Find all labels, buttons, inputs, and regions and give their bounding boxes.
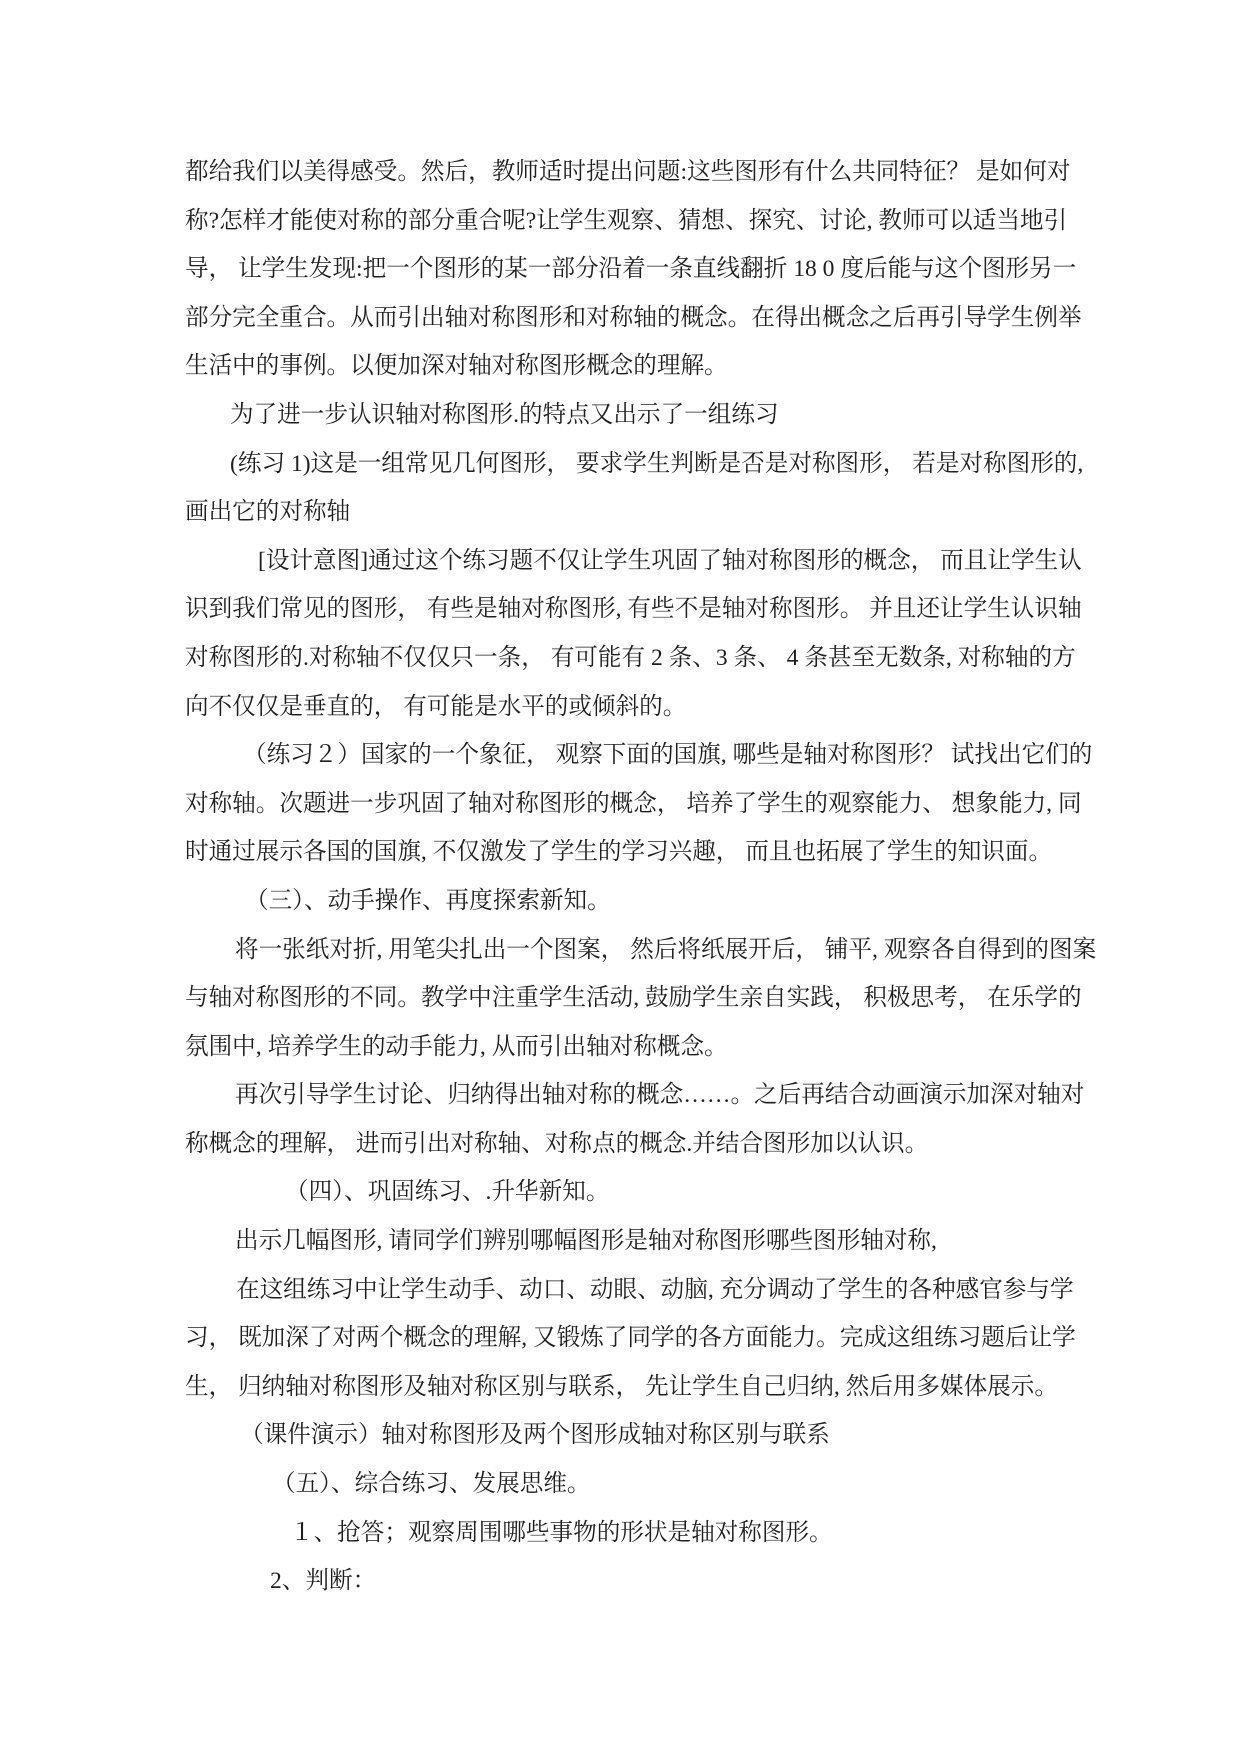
text-line: （四）、巩固练习、.升华新知。 [285, 1168, 1085, 1217]
text-line: 向不仅仅是垂直的， 有可能是水平的或倾斜的。 [185, 683, 1085, 732]
text-line: [设计意图]通过这个练习题不仅让学生巩固了轴对称图形的概念， 而且让学生认 [258, 537, 1085, 586]
document-page: 都给我们以美得感受。然后，教师适时提出问题:这些图形有什么共同特征？ 是如何对称… [0, 0, 1241, 1754]
text-line: 为了进一步认识轴对称图形.的特点又出示了一组练习 [230, 391, 1085, 440]
text-line: 画出它的对称轴 [185, 488, 1085, 537]
text-line: （课件演示）轴对称图形及两个图形成轴对称区别与联系 [240, 1411, 1085, 1460]
text-line: （五）、综合练习、发展思维。 [272, 1460, 1085, 1509]
text-line: 对称轴。次题进一步巩固了轴对称图形的概念， 培养了学生的观察能力、 想象能力, … [185, 780, 1085, 829]
text-line: 都给我们以美得感受。然后，教师适时提出问题:这些图形有什么共同特征？ 是如何对 [185, 148, 1085, 197]
text-line: 称?怎样才能使对称的部分重合呢?让学生观察、猜想、探究、讨论, 教师可以适当地引 [185, 197, 1085, 246]
text-line: 将一张纸对折, 用笔尖扎出一个图案， 然后将纸展开后， 铺平, 观察各自得到的图… [235, 926, 1085, 975]
text-line: 生， 归纳轴对称图形及轴对称区别与联系， 先让学生自己归纳, 然后用多媒体展示。 [185, 1363, 1085, 1412]
text-line: 2、判断： [270, 1557, 1085, 1606]
text-line: 对称图形的.对称轴不仅仅只一条， 有可能有 2 条、3 条、 4 条甚至无数条,… [185, 634, 1085, 683]
text-line: １、抢答；观察周围哪些事物的形状是轴对称图形。 [290, 1509, 1085, 1558]
text-line: 部分完全重合。从而引出轴对称图形和对称轴的概念。在得出概念之后再引导学生例举 [185, 294, 1085, 343]
text-line: （练习２）国家的一个象征， 观察下面的国旗, 哪些是轴对称图形？ 试找出它们的 [243, 731, 1085, 780]
text-line: 时通过展示各国的国旗, 不仅激发了学生的学习兴趣， 而且也拓展了学生的知识面。 [185, 828, 1085, 877]
text-line: 导， 让学生发现:把一个图形的某一部分沿着一条直线翻折 18 0 度后能与这个图… [185, 245, 1085, 294]
text-line: (练习 1)这是一组常见几何图形， 要求学生判断是否是对称图形， 若是对称图形的… [230, 440, 1085, 489]
document-body: 都给我们以美得感受。然后，教师适时提出问题:这些图形有什么共同特征？ 是如何对称… [185, 148, 1085, 1606]
text-line: 习， 既加深了对两个概念的理解, 又锻炼了同学的各方面能力。完成这组练习题后让学 [185, 1314, 1085, 1363]
text-line: 再次引导学生讨论、归纳得出轴对称的概念……。之后再结合动画演示加深对轴对 [235, 1071, 1085, 1120]
text-line: 识到我们常见的图形， 有些是轴对称图形, 有些不是轴对称图形。 并且还让学生认识… [185, 585, 1085, 634]
text-line: 称概念的理解， 进而引出对称轴、对称点的概念.并结合图形加以认识。 [185, 1120, 1085, 1169]
text-line: 氛围中, 培养学生的动手能力, 从而引出轴对称概念。 [185, 1023, 1085, 1072]
text-line: 与轴对称图形的不同。教学中注重学生活动, 鼓励学生亲自实践， 积极思考， 在乐学… [185, 974, 1085, 1023]
text-line: （三）、动手操作、再度探索新知。 [245, 877, 1085, 926]
text-line: 在这组练习中让学生动手、动口、动眼、动脑, 充分调动了学生的各种感官参与学 [236, 1266, 1085, 1315]
text-line: 生活中的事例。以便加深对轴对称图形概念的理解。 [185, 342, 1085, 391]
text-line: 出示几幅图形, 请同学们辨别哪幅图形是轴对称图形哪些图形轴对称, [235, 1217, 1085, 1266]
